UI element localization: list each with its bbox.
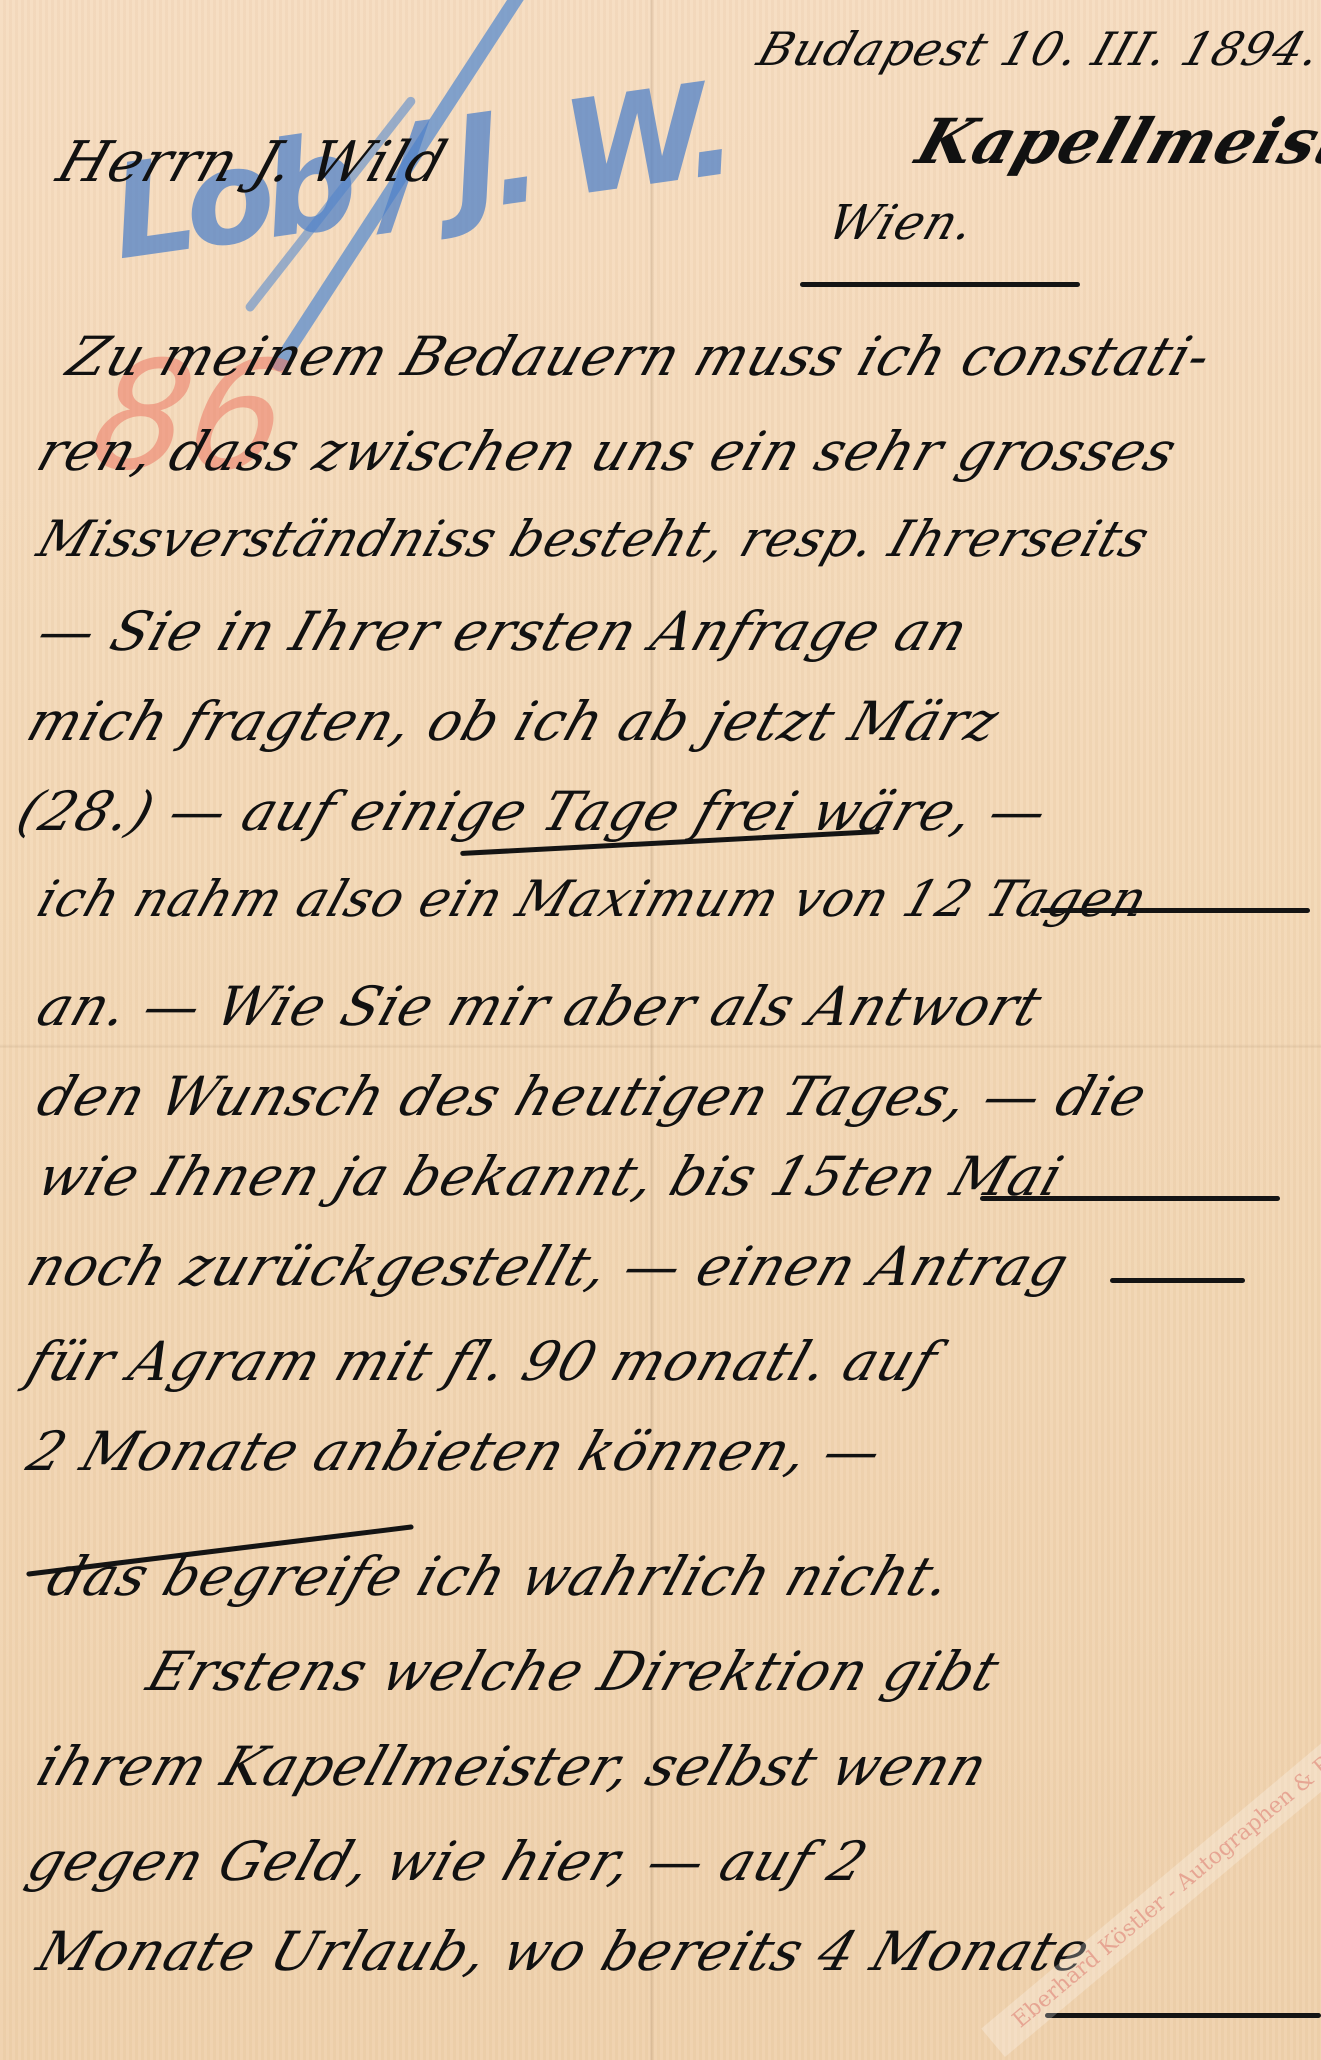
recipient-salutation: Herrn J. Wild [49, 130, 454, 195]
body-line: 2 Monate anbieten können, — [20, 1420, 891, 1483]
body-line: (28.) — auf einige Tage frei wäre, — [10, 780, 1056, 843]
underline-12-tagen [1040, 908, 1310, 913]
body-line: ihrem Kapellmeister, selbst wenn [30, 1735, 996, 1798]
body-line: an. — Wie Sie mir aber als Antwort [30, 975, 1050, 1038]
body-line: — Sie in Ihrer ersten Anfrage an [30, 600, 977, 663]
body-line: wie Ihnen ja bekannt, bis 15ten Mai [30, 1145, 1072, 1208]
underline-4-monate [1045, 2013, 1321, 2018]
body-line: gegen Geld, wie hier, — auf 2 [20, 1830, 876, 1893]
body-line: für Agram mit fl. 90 monatl. auf [20, 1330, 946, 1393]
body-line: Erstens welche Direktion gibt [140, 1640, 1008, 1703]
body-line: das begreife ich wahrlich nicht. [40, 1545, 960, 1608]
underline-antrag [1110, 1278, 1245, 1283]
city: Wien. [821, 195, 983, 251]
body-line: Missverständniss besteht, resp. Ihrersei… [31, 510, 1158, 568]
body-line: noch zurückgestellt, — einen Antrag [20, 1235, 1077, 1298]
body-line: den Wunsch des heutigen Tages, — die [30, 1065, 1156, 1128]
body-line: ich nahm also ein Maximum von 12 Tagen [31, 870, 1156, 928]
underline-15ten-mai [980, 1196, 1280, 1201]
body-line: Monate Urlaub, wo bereits 4 Monate [30, 1920, 1099, 1983]
body-line: Zu meinem Bedauern muss ich constati- [60, 325, 1220, 388]
header-underline [800, 282, 1080, 287]
place-date: Budapest 10. III. 1894. [751, 22, 1321, 76]
body-line: ren, dass zwischen uns ein sehr grosses [30, 420, 1185, 483]
addressee-line: Kapellmeister [908, 105, 1321, 178]
body-line: mich fragten, ob ich ab jetzt März [20, 690, 1008, 753]
